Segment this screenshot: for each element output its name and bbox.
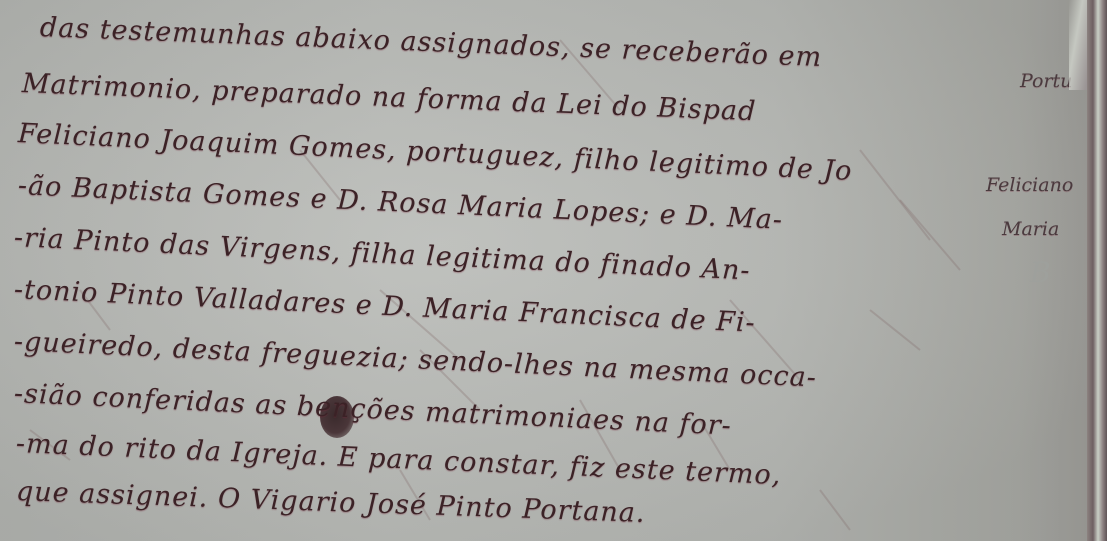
text-line-10: que assignei. O Vigario José Pinto Porta… [15,476,646,529]
text-line-1: das testemunhas abaixo assignados, se re… [39,12,822,73]
margin-note-maria: Maria [1002,218,1059,240]
document-page: das testemunhas abaixo assignados, se re… [0,0,1107,541]
margin-note-feliciano: Feliciano [986,174,1073,196]
margin-note-top: Portu [1020,70,1072,92]
text-line-2: Matrimonio, preparado na forma da Lei do… [21,68,756,127]
pencil-mark: B [1030,256,1051,289]
text-line-6: -tonio Pinto Valladares e D. Maria Franc… [13,274,756,339]
text-line-5: -ria Pinto das Virgens, filha legitima d… [13,222,751,286]
page-edge [1087,0,1107,541]
text-line-4: -ão Baptista Gomes e D. Rosa Maria Lopes… [17,170,783,236]
